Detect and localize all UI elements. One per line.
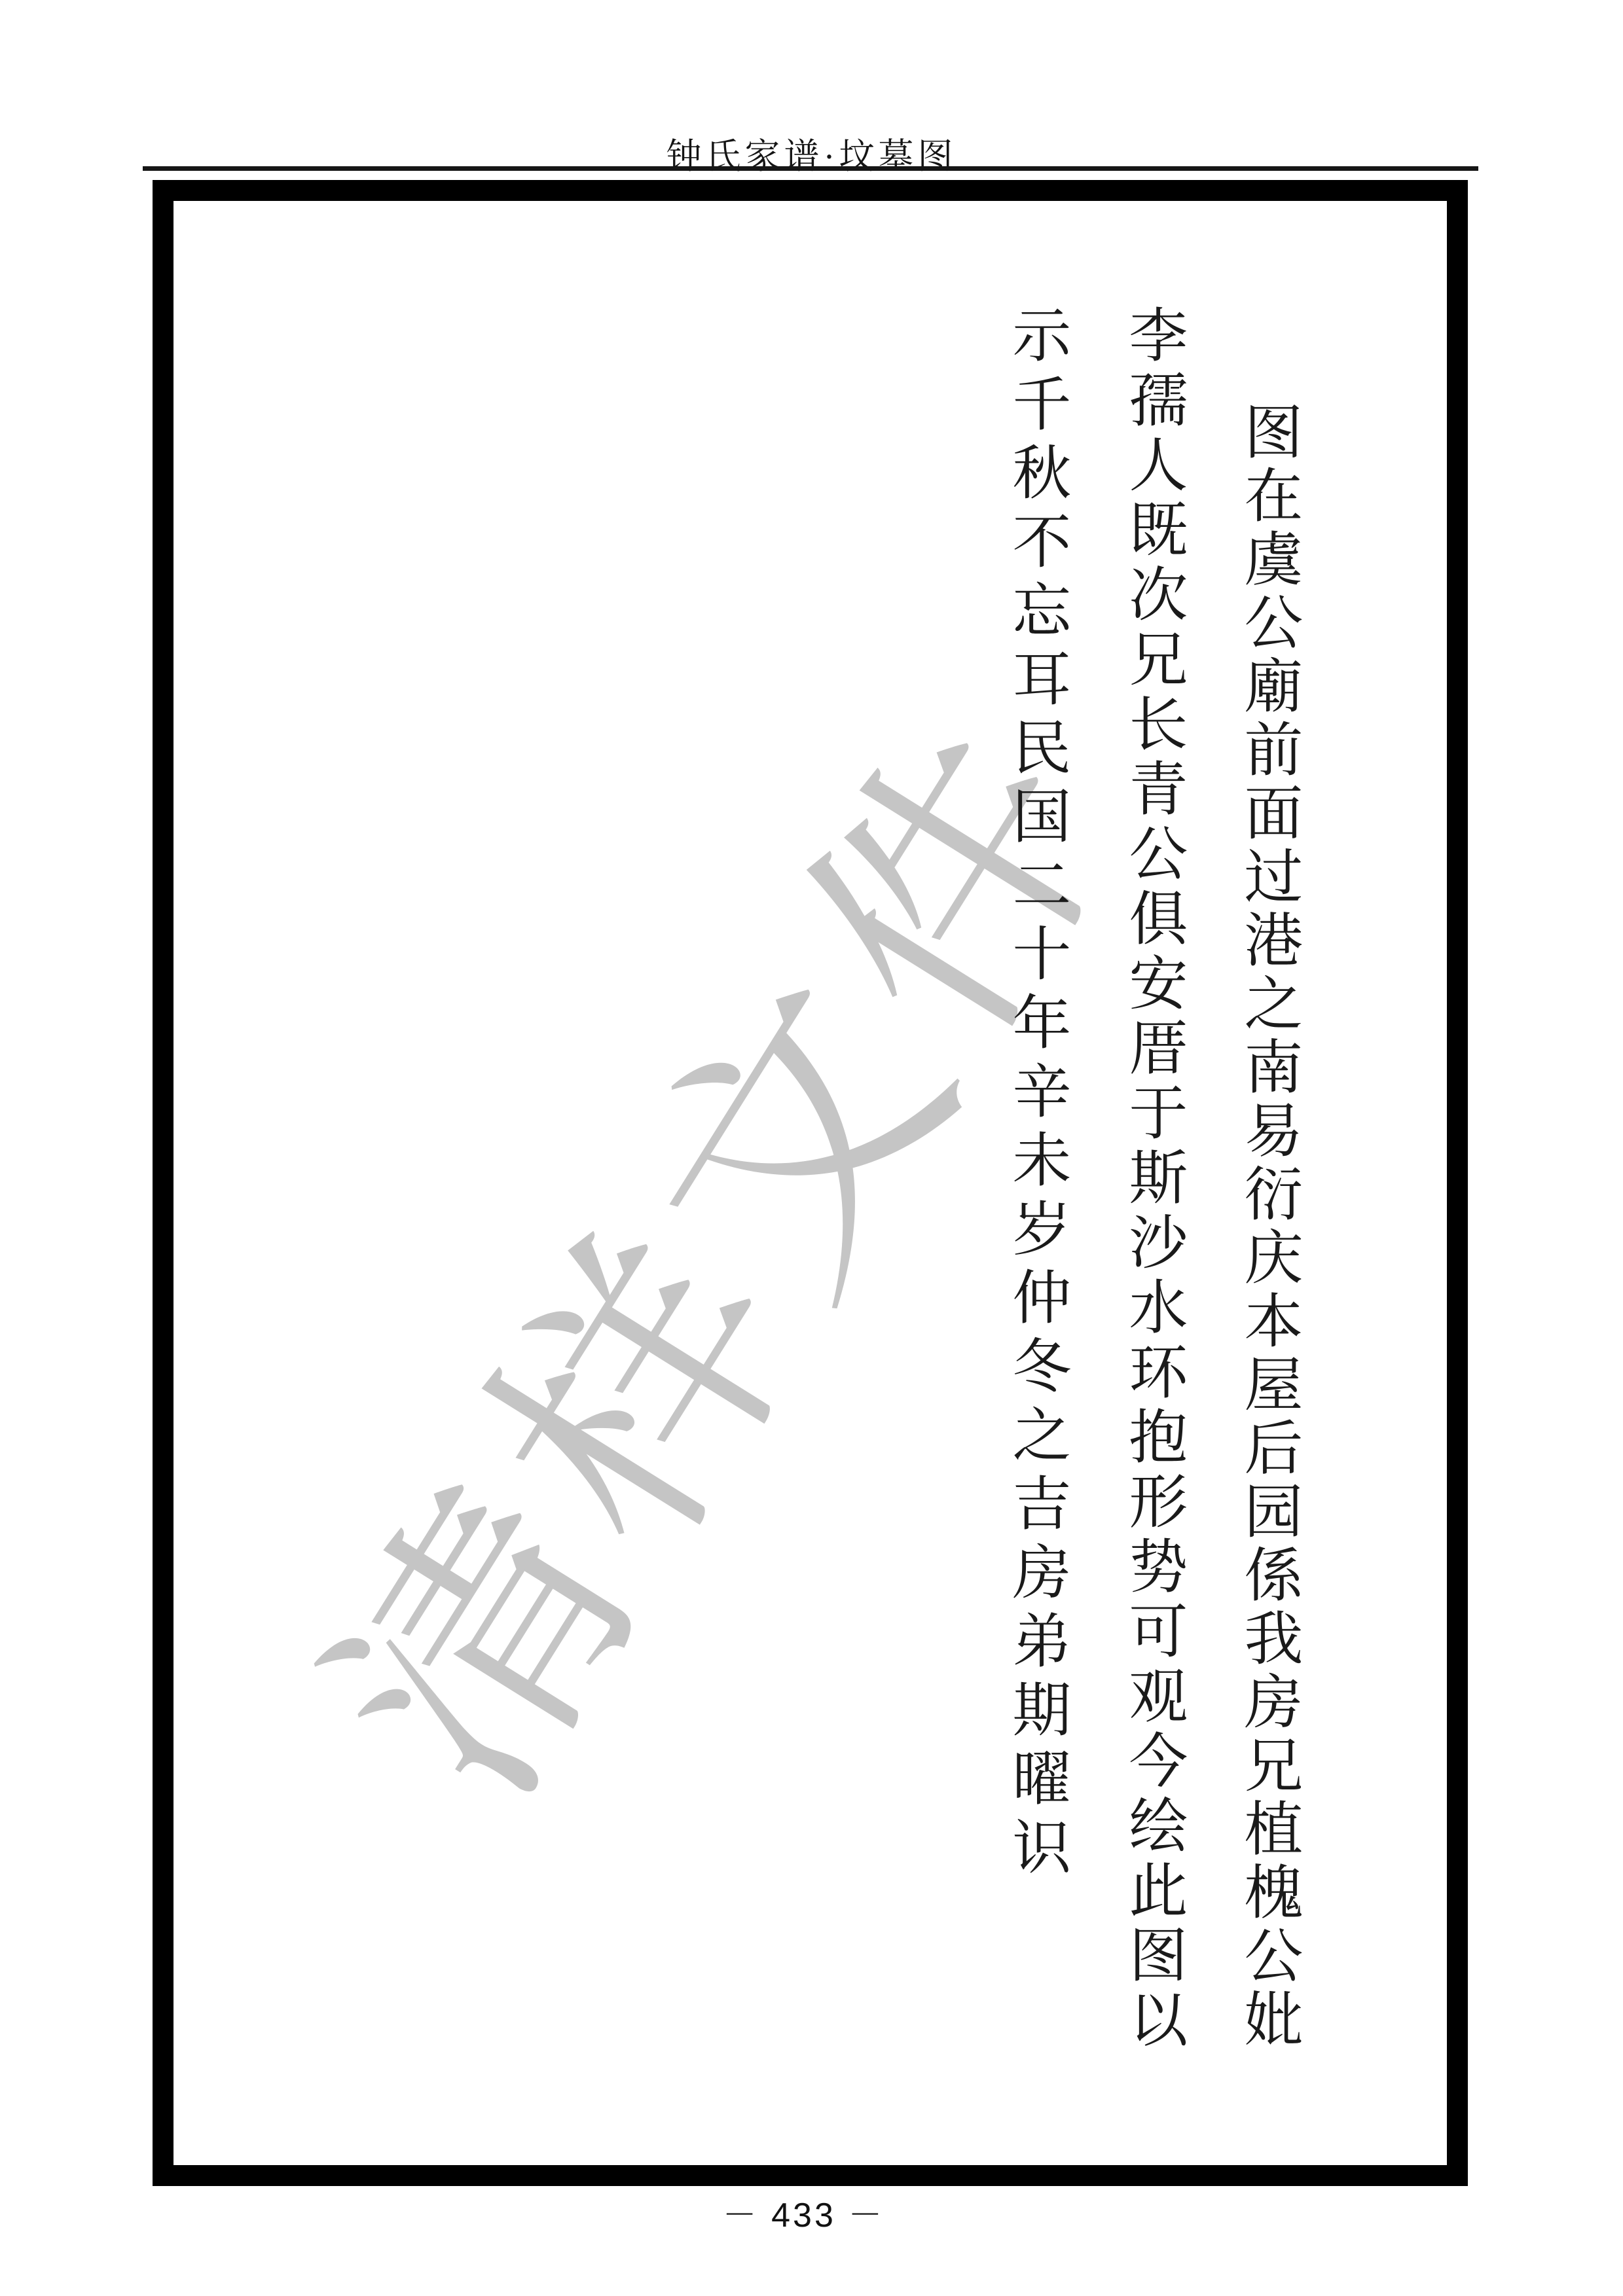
- vertical-text-column-2: 李孺人既次兄长青公俱安厝于斯沙水环抱形势可观今绘此图以: [1121, 304, 1183, 2054]
- page-header-title: 钟氏家谱·坟墓图: [0, 128, 1623, 179]
- vertical-text-column-3: 示千秋不忘耳民国二十年辛未岁仲冬之吉房弟期曜识: [1004, 304, 1067, 1885]
- vertical-text-column-1: 图在虞公廟前面过港之南易衍庆本屋后园係我房兄植槐公妣: [1236, 401, 1298, 2052]
- page-number: － 433 －: [0, 2187, 1607, 2236]
- scanned-genealogy-page: 钟氏家谱·坟墓图 清样文件 图在虞公廟前面过港之南易衍庆本屋后园係我房兄植槐公妣…: [0, 0, 1623, 2296]
- header-divider-rule: [143, 166, 1478, 171]
